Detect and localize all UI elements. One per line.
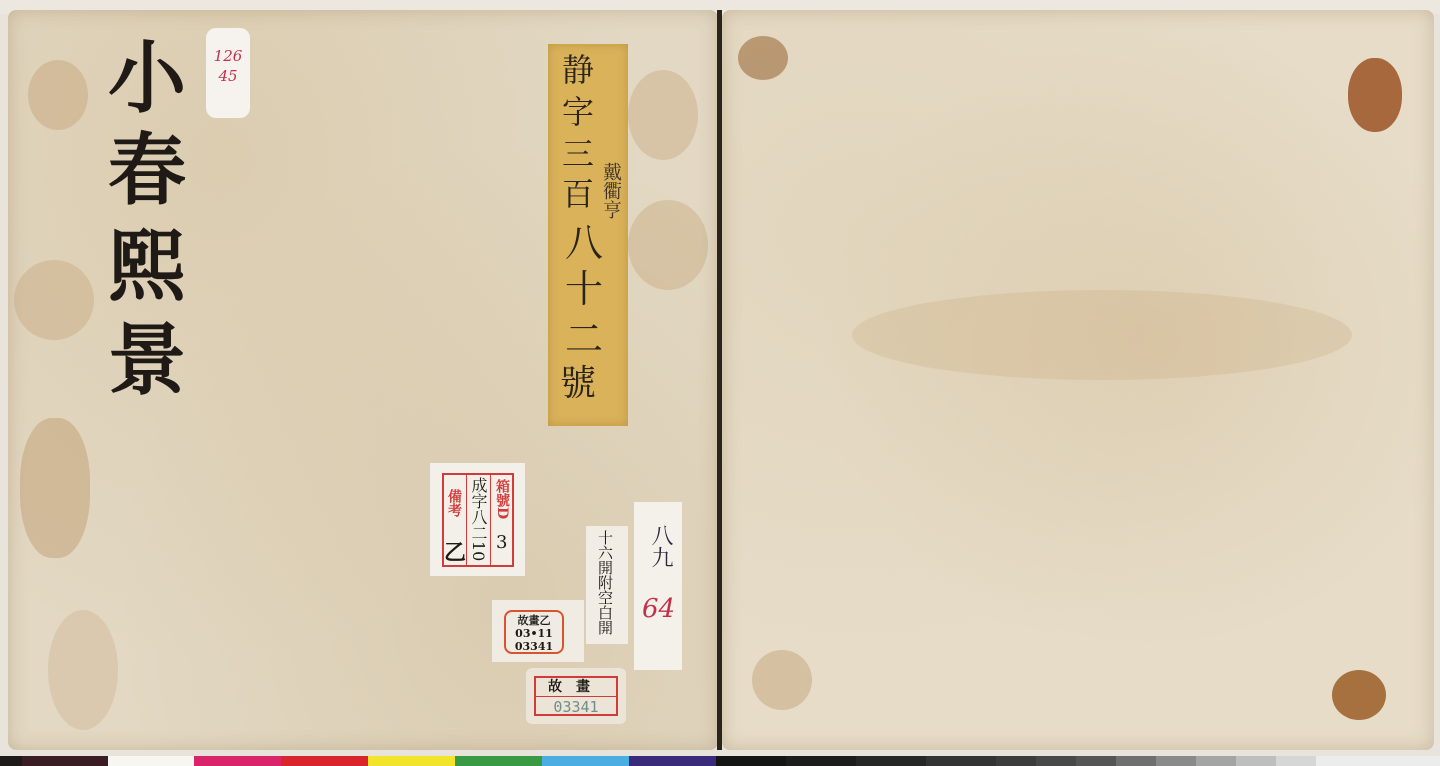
album-title-char: 熙 xyxy=(92,228,202,306)
swatch xyxy=(281,756,368,766)
label-char: 字 xyxy=(556,96,600,128)
stain xyxy=(20,418,90,558)
album-title-char: 小 xyxy=(92,40,202,118)
swatch xyxy=(629,756,716,766)
swatch xyxy=(1276,756,1316,766)
back-cover xyxy=(722,10,1434,750)
swatch xyxy=(1196,756,1236,766)
stain xyxy=(1348,58,1402,132)
swatch xyxy=(368,756,455,766)
stain xyxy=(852,290,1352,380)
label-char: 静 xyxy=(556,54,600,86)
swatch xyxy=(194,756,281,766)
album-title-char: 景 xyxy=(92,322,202,400)
catalog-number-tag: 126 45 xyxy=(206,28,250,118)
label-char: 二 xyxy=(562,320,606,358)
grade-mark: 乙 xyxy=(444,543,466,563)
swatch xyxy=(108,756,194,766)
collection-stamp-small: 故畫乙 03•11 03341 xyxy=(492,600,584,662)
stain xyxy=(48,610,118,730)
swatch xyxy=(455,756,542,766)
label-char: 十 xyxy=(562,270,606,308)
stain xyxy=(628,70,698,160)
stamp-line2: 03•11 xyxy=(506,627,562,640)
number-slip-chars: 八九 xyxy=(648,524,672,568)
page-count-text: 十六開附空白開 xyxy=(596,530,614,635)
catalog-number-line2: 45 xyxy=(206,66,250,86)
stamp-number: 03341 xyxy=(536,697,616,717)
stamp-frame: 故畫乙 03•11 03341 xyxy=(504,610,564,654)
stain xyxy=(628,200,708,290)
catalog-number-line1: 126 xyxy=(206,46,250,66)
number-slip-value: 64 xyxy=(642,594,675,624)
label-char: 三 xyxy=(556,138,600,170)
stain xyxy=(1332,670,1386,720)
swatch xyxy=(996,756,1036,766)
label-frame: 備考 成字八二10 箱號D 3 乙 xyxy=(442,473,514,567)
stamp-line3: 03341 xyxy=(506,640,562,653)
label-char: 號 xyxy=(556,366,600,402)
stamp-frame: 故畫 03341 xyxy=(534,676,618,716)
label-char: 百 xyxy=(556,178,600,210)
album-title-char: 春 xyxy=(92,132,202,210)
box-number-value: 3 xyxy=(496,533,507,553)
stamp-heading: 故畫 xyxy=(536,678,616,697)
box-code: 成字八二10 xyxy=(468,477,488,561)
swatch xyxy=(1236,756,1276,766)
swatch xyxy=(856,756,926,766)
swatch xyxy=(22,756,108,766)
swatch xyxy=(926,756,996,766)
swatch xyxy=(1116,756,1156,766)
swatch xyxy=(0,756,22,766)
page-count-slip: 十六開附空白開 xyxy=(586,526,628,644)
swatch xyxy=(1316,756,1440,766)
stain xyxy=(738,36,788,80)
stamp-line1: 故畫乙 xyxy=(506,614,562,627)
collection-stamp-large: 故畫 03341 xyxy=(526,668,626,724)
stain xyxy=(14,260,94,340)
inventory-label: 静 字 三 百 八 十 二 號 戴衢亨 xyxy=(548,44,628,426)
stain xyxy=(752,650,812,710)
swatch xyxy=(542,756,629,766)
swatch xyxy=(786,756,856,766)
swatch xyxy=(1036,756,1076,766)
number-slip: 八九 64 xyxy=(634,502,682,670)
remarks-heading: 備考 xyxy=(446,489,462,517)
box-number-label: 備考 成字八二10 箱號D 3 乙 xyxy=(430,463,525,576)
label-char: 八 xyxy=(562,224,606,262)
swatch xyxy=(716,756,786,766)
color-calibration-bar xyxy=(0,756,1440,766)
label-annotation: 戴衢亨 xyxy=(600,162,622,219)
box-number-heading: 箱號D xyxy=(494,479,510,519)
swatch xyxy=(1156,756,1196,766)
stain xyxy=(28,60,88,130)
swatch xyxy=(1076,756,1116,766)
